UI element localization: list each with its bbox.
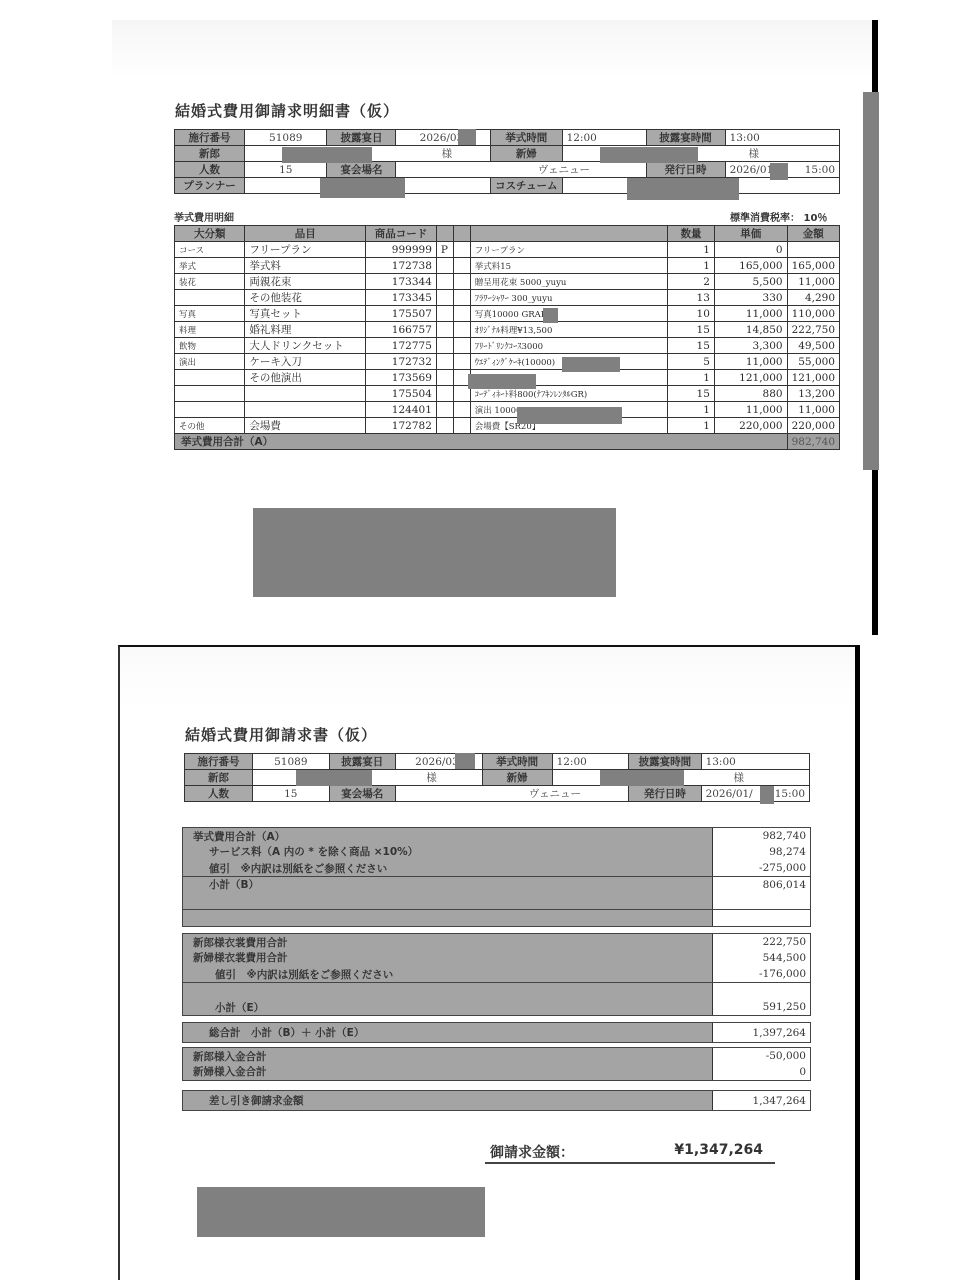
redaction: [517, 407, 622, 424]
cell-detail: ﾌﾘｰﾄﾞﾘﾝｸｺｰｽ3000: [470, 338, 668, 354]
cell-spacer: [453, 306, 470, 322]
column-header: 金額: [787, 226, 839, 242]
value-reception-time: 13:00: [725, 130, 839, 146]
cell-amount: 13,200: [787, 386, 839, 402]
cell-item: 両親花束: [245, 274, 366, 290]
redaction: [543, 308, 558, 323]
cell-spacer: [453, 274, 470, 290]
cell-amount: 222,750: [787, 322, 839, 338]
label-groom: 新郎: [185, 770, 253, 786]
summary-value: 806,014: [713, 877, 810, 893]
cell-amount: [787, 242, 839, 258]
cell-amount: 110,000: [787, 306, 839, 322]
summary-row: 新婦様衣裳費用合計544,500: [182, 950, 811, 967]
cell-detail: ｵﾘｼﾞﾅﾙ料理¥13,500: [470, 322, 668, 338]
cell-amount: 165,000: [787, 258, 839, 274]
cell-category: 料理: [175, 322, 245, 338]
label-bride: 新婦: [482, 770, 552, 786]
cell-code: 175504: [366, 386, 437, 402]
column-header: 単価: [714, 226, 787, 242]
redaction: [600, 147, 698, 163]
value-ceremony-no: 51089: [245, 130, 327, 146]
cell-item: フリープラン: [245, 242, 366, 258]
cell-spacer: [453, 418, 470, 434]
amount-due-value: ¥1,347,264: [674, 1142, 763, 1158]
cell-flag: [436, 274, 453, 290]
cell-category: 演出: [175, 354, 245, 370]
summary-value: [713, 893, 810, 909]
summary-label: 挙式費用合計（A）: [183, 828, 713, 844]
cell-spacer: [453, 290, 470, 306]
cell-category: 飲物: [175, 338, 245, 354]
cell-unit-price: 220,000: [714, 418, 787, 434]
cell-category: [175, 386, 245, 402]
cell-amount: 49,500: [787, 338, 839, 354]
cell-amount: 121,000: [787, 370, 839, 386]
issued-date: 2026/01/: [706, 788, 753, 800]
cell-flag: [436, 258, 453, 274]
label-issued-at: 発行日時: [629, 786, 701, 802]
grand-total-label: 総合計 小計（B）＋ 小計（E）: [183, 1023, 713, 1042]
summary-value: -176,000: [713, 966, 810, 982]
cell-unit-price: 121,000: [714, 370, 787, 386]
table-row: 料理婚礼料理166757ｵﾘｼﾞﾅﾙ料理¥13,5001514,850222,7…: [175, 322, 840, 338]
tax-rate-label: 標準消費税率：: [730, 213, 800, 224]
cell-qty: 1: [668, 418, 715, 434]
cell-unit-price: 11,000: [714, 306, 787, 322]
cell-code: 172738: [366, 258, 437, 274]
cell-detail: 挙式料15: [470, 258, 668, 274]
detail-header-table: 施行番号 51089 披露宴日 2026/03/ 挙式時間 12:00 披露宴時…: [174, 129, 840, 194]
summary-row: 小計（B）806,014: [182, 877, 811, 894]
value-venue-name: ヴェニュー: [396, 162, 646, 178]
cell-code: 166757: [366, 322, 437, 338]
summary-value: 222,750: [713, 934, 810, 950]
cell-code: 175507: [366, 306, 437, 322]
cell-unit-price: 11,000: [714, 354, 787, 370]
summary-label: 値引 ※内訳は別紙をご参照ください: [183, 860, 713, 876]
summary-row: 新郎様衣裳費用合計222,750: [182, 933, 811, 951]
label-reception-date: 披露宴日: [329, 754, 395, 770]
redaction: [320, 178, 405, 198]
page-edge: [855, 645, 860, 1280]
label-guests: 人数: [175, 162, 245, 178]
summary-label: 新婦様衣裳費用合計: [183, 950, 713, 966]
cell-qty: 15: [668, 338, 715, 354]
redaction: [455, 753, 475, 769]
label-planner: プランナー: [175, 178, 245, 194]
invoice-header-table: 施行番号 51089 披露宴日 2026/03/ 挙式時間 12:00 披露宴時…: [184, 753, 810, 802]
cell-qty: 1: [668, 242, 715, 258]
cell-detail: ﾌﾗﾜｰｼｬﾜｰ 300_yuyu: [470, 290, 668, 306]
value-reception-time: 13:00: [701, 754, 809, 770]
label-ceremony-time: 挙式時間: [491, 130, 562, 146]
cell-qty: 1: [668, 370, 715, 386]
summary-label: サービス料（A 内の * を除く商品 ×10%）: [183, 844, 713, 860]
table-row: コースフリープラン999999Pフリープラン10: [175, 242, 840, 258]
cell-detail: 写真10000 GRAPH: [470, 306, 668, 322]
value-ceremony-time: 12:00: [562, 130, 646, 146]
column-header: [436, 226, 453, 242]
table-row: 装花両親花束173344贈呈用花束 5000_yuyu25,50011,000: [175, 274, 840, 290]
label-venue-name: 宴会場名: [329, 786, 395, 802]
summary-row: 挙式費用合計（A）982,740: [182, 827, 811, 845]
detail-line-items-table: 大分類品目商品コード数量単価金額 コースフリープラン999999Pフリープラン1…: [174, 225, 840, 450]
cell-qty: 15: [668, 386, 715, 402]
cell-item: [245, 386, 366, 402]
cell-code: 172782: [366, 418, 437, 434]
table-row: 挙式挙式料172738挙式料151165,000165,000: [175, 258, 840, 274]
redaction: [627, 178, 739, 200]
cell-flag: [436, 370, 453, 386]
cell-qty: 5: [668, 354, 715, 370]
issued-time: 15:00: [805, 164, 835, 176]
table-row: その他装花173345ﾌﾗﾜｰｼｬﾜｰ 300_yuyu133304,290: [175, 290, 840, 306]
cell-item: ケーキ入刀: [245, 354, 366, 370]
invoice-title: 結婚式費用御請求書（仮）: [185, 724, 377, 745]
summary-value: 544,500: [713, 950, 810, 966]
cell-flag: [436, 354, 453, 370]
redaction: [282, 147, 372, 163]
summary-label: [183, 893, 713, 909]
label-ceremony-time: 挙式時間: [482, 754, 552, 770]
column-header: 大分類: [175, 226, 245, 242]
cell-flag: [436, 290, 453, 306]
cell-category: 挙式: [175, 258, 245, 274]
summary-value: 982,740: [713, 828, 810, 844]
summary-label: [183, 983, 713, 999]
cell-code: 172732: [366, 354, 437, 370]
redaction: [770, 163, 788, 180]
cell-qty: 2: [668, 274, 715, 290]
summary-row: 新郎様入金合計-50,000: [182, 1047, 811, 1065]
label-ceremony-no: 施行番号: [175, 130, 245, 146]
column-header: 商品コード: [366, 226, 437, 242]
summary-label: 小計（E）: [183, 999, 713, 1015]
label-bride: 新婦: [491, 146, 562, 162]
summary-value: 0: [713, 1064, 810, 1080]
net-due-label: 差し引き御請求金額: [183, 1091, 713, 1110]
cell-code: 173345: [366, 290, 437, 306]
cell-qty: 10: [668, 306, 715, 322]
cell-amount: 55,000: [787, 354, 839, 370]
table-row: 写真写真セット175507写真10000 GRAPH1011,000110,00…: [175, 306, 840, 322]
label-ceremony-no: 施行番号: [185, 754, 253, 770]
summary-row: サービス料（A 内の * を除く商品 ×10%）98,274: [182, 844, 811, 861]
label-costume: コスチューム: [491, 178, 562, 194]
summary-row: 小計（E）591,250: [182, 999, 811, 1016]
redaction: [562, 357, 620, 372]
cell-spacer: [453, 354, 470, 370]
cell-category: その他: [175, 418, 245, 434]
detail-statement-title: 結婚式費用御請求明細書（仮）: [175, 100, 399, 121]
summary-row: [182, 893, 811, 910]
label-reception-time: 披露宴時間: [629, 754, 701, 770]
column-header: [470, 226, 668, 242]
net-due-value: 1,347,264: [713, 1091, 810, 1110]
summary-value: [713, 983, 810, 999]
cell-item: 写真セット: [245, 306, 366, 322]
tax-rate: 標準消費税率： 10％: [730, 209, 827, 224]
summary-label: [183, 910, 713, 926]
cell-amount: 4,290: [787, 290, 839, 306]
summary-label: 新郎様入金合計: [183, 1048, 713, 1064]
summary-label: 小計（B）: [183, 877, 713, 893]
value-guests: 15: [252, 786, 329, 802]
value-reception-date: 2026/03/: [396, 130, 491, 146]
cell-category: 装花: [175, 274, 245, 290]
summary-value: 591,250: [713, 999, 810, 1015]
cell-item: 大人ドリンクセット: [245, 338, 366, 354]
tax-rate-value: 10％: [803, 213, 827, 224]
cell-flag: [436, 322, 453, 338]
cell-qty: 13: [668, 290, 715, 306]
column-header: [453, 226, 470, 242]
detail-total-label: 挙式費用合計（A）: [175, 434, 788, 450]
summary-row: 値引 ※内訳は別紙をご参照ください-176,000: [182, 966, 811, 983]
cell-amount: 220,000: [787, 418, 839, 434]
grand-total-value: 1,397,264: [713, 1023, 810, 1042]
value-venue-name: ヴェニュー: [395, 786, 628, 802]
grand-total-row: 総合計 小計（B）＋ 小計（E） 1,397,264: [182, 1022, 811, 1043]
summary-label: 値引 ※内訳は別紙をご参照ください: [183, 966, 713, 982]
cell-code: 124401: [366, 402, 437, 418]
cell-item: その他装花: [245, 290, 366, 306]
cell-category: 写真: [175, 306, 245, 322]
summary-value: 98,274: [713, 844, 810, 860]
summary-label: 新郎様衣裳費用合計: [183, 934, 713, 950]
cell-item: 会場費: [245, 418, 366, 434]
cell-spacer: [453, 242, 470, 258]
summary-value: -275,000: [713, 860, 810, 876]
redaction: [468, 374, 536, 389]
issued-time: 15:00: [775, 788, 805, 800]
cell-qty: 1: [668, 402, 715, 418]
summary-row: 新婦様入金合計0: [182, 1064, 811, 1081]
cell-unit-price: 11,000: [714, 402, 787, 418]
cell-category: [175, 290, 245, 306]
label-groom: 新郎: [175, 146, 245, 162]
redaction: [760, 786, 774, 804]
cell-item: 婚礼料理: [245, 322, 366, 338]
cell-unit-price: 5,500: [714, 274, 787, 290]
cell-spacer: [453, 338, 470, 354]
detail-section-label: 挙式費用明細: [174, 209, 234, 224]
cell-flag: [436, 418, 453, 434]
cell-item: 挙式料: [245, 258, 366, 274]
label-guests: 人数: [185, 786, 253, 802]
table-row: 演出ケーキ入刀172732ｳｴﾃﾞｨﾝｸﾞｹｰｷ(10000)511,00055…: [175, 354, 840, 370]
cell-detail: フリープラン: [470, 242, 668, 258]
value-ceremony-time: 12:00: [552, 754, 629, 770]
cell-code: 173344: [366, 274, 437, 290]
cell-spacer: [453, 322, 470, 338]
cell-spacer: [453, 402, 470, 418]
label-reception-date: 披露宴日: [327, 130, 396, 146]
cell-qty: 15: [668, 322, 715, 338]
net-due-row: 差し引き御請求金額 1,347,264: [182, 1090, 811, 1111]
cell-amount: 11,000: [787, 402, 839, 418]
redaction: [296, 770, 372, 786]
cell-category: [175, 402, 245, 418]
cell-unit-price: 14,850: [714, 322, 787, 338]
table-row: 124401演出 10000111,00011,000: [175, 402, 840, 418]
redaction-block: [253, 508, 616, 597]
detail-total-value: 982,740: [787, 434, 839, 450]
summary-value: [713, 910, 810, 926]
cell-unit-price: 880: [714, 386, 787, 402]
summary-row: 値引 ※内訳は別紙をご参照ください-275,000: [182, 860, 811, 877]
cell-code: 173569: [366, 370, 437, 386]
cell-unit-price: 3,300: [714, 338, 787, 354]
cell-category: [175, 370, 245, 386]
table-row: 飲物大人ドリンクセット172775ﾌﾘｰﾄﾞﾘﾝｸｺｰｽ3000153,3004…: [175, 338, 840, 354]
redaction-block: [197, 1187, 485, 1237]
table-row: その他会場費172782会場費【SR20】1220,000220,000: [175, 418, 840, 434]
scrollbar[interactable]: [863, 92, 879, 470]
summary-row: [182, 910, 811, 927]
label-issued-at: 発行日時: [646, 162, 725, 178]
cell-amount: 11,000: [787, 274, 839, 290]
cell-unit-price: 0: [714, 242, 787, 258]
cell-flag: [436, 338, 453, 354]
cell-code: 172775: [366, 338, 437, 354]
cell-unit-price: 330: [714, 290, 787, 306]
cell-item: [245, 402, 366, 418]
cell-flag: [436, 402, 453, 418]
column-header: 品目: [245, 226, 366, 242]
cell-unit-price: 165,000: [714, 258, 787, 274]
value-ceremony-no: 51089: [252, 754, 329, 770]
cell-spacer: [453, 258, 470, 274]
amount-due: 御請求金額： ¥1,347,264: [485, 1142, 775, 1164]
summary-row: [182, 983, 811, 1000]
label-reception-time: 披露宴時間: [646, 130, 725, 146]
cell-code: 999999: [366, 242, 437, 258]
value-issued-at: 2026/01/15:00: [701, 786, 809, 802]
column-header: 数量: [668, 226, 715, 242]
amount-due-label: 御請求金額：: [490, 1142, 574, 1162]
redaction: [600, 770, 684, 786]
cell-category: コース: [175, 242, 245, 258]
cell-flag: P: [436, 242, 453, 258]
cell-detail: 贈呈用花束 5000_yuyu: [470, 274, 668, 290]
summary-value: -50,000: [713, 1048, 810, 1064]
cell-item: その他演出: [245, 370, 366, 386]
value-guests: 15: [245, 162, 327, 178]
label-venue-name: 宴会場名: [327, 162, 396, 178]
summary-label: 新婦様入金合計: [183, 1064, 713, 1080]
cell-qty: 1: [668, 258, 715, 274]
cell-flag: [436, 386, 453, 402]
cell-flag: [436, 306, 453, 322]
redaction: [458, 129, 476, 145]
